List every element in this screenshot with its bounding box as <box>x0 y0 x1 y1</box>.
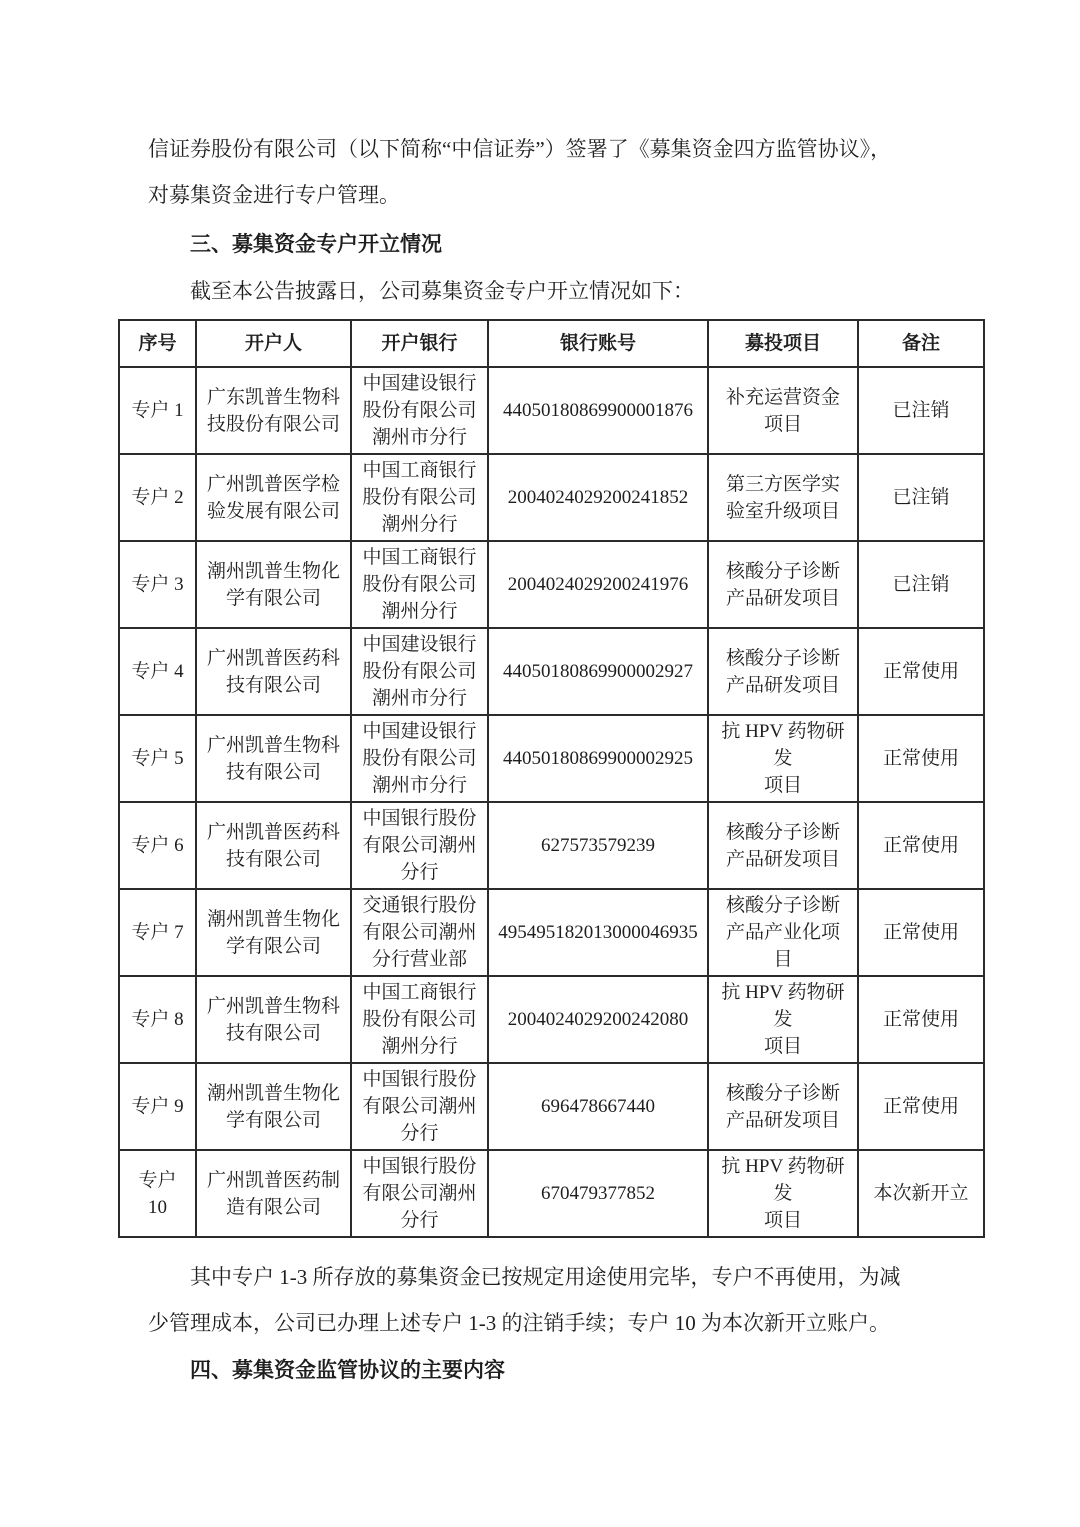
table-row: 专户 10广州凯普医药制 造有限公司中国银行股份 有限公司潮州 分行670479… <box>119 1150 984 1237</box>
table-row: 专户 7潮州凯普生物化 学有限公司交通银行股份 有限公司潮州 分行营业部4954… <box>119 889 984 976</box>
cell-account: 44050180869900002927 <box>488 628 708 715</box>
section3-heading: 三、募集资金专户开立情况 <box>148 222 932 268</box>
cell-serial: 专户 6 <box>119 802 196 889</box>
cell-holder: 潮州凯普生物化 学有限公司 <box>196 1063 351 1150</box>
cell-serial: 专户 1 <box>119 367 196 454</box>
cell-bank: 中国工商银行 股份有限公司 潮州分行 <box>351 454 488 541</box>
cell-serial: 专户 2 <box>119 454 196 541</box>
cell-account: 44050180869900001876 <box>488 367 708 454</box>
cell-project: 核酸分子诊断 产品研发项目 <box>708 802 858 889</box>
table-caption: 截至本公告披露日，公司募集资金专户开立情况如下： <box>148 268 932 314</box>
cell-project: 核酸分子诊断 产品产业化项 目 <box>708 889 858 976</box>
header-account: 银行账号 <box>488 320 708 367</box>
cell-serial: 专户 4 <box>119 628 196 715</box>
cell-holder: 广州凯普生物科 技有限公司 <box>196 715 351 802</box>
cell-remark: 已注销 <box>858 367 984 454</box>
cell-holder: 广州凯普医学检 验发展有限公司 <box>196 454 351 541</box>
cell-bank: 中国建设银行 股份有限公司 潮州市分行 <box>351 715 488 802</box>
header-serial: 序号 <box>119 320 196 367</box>
cell-holder: 广州凯普医药制 造有限公司 <box>196 1150 351 1237</box>
accounts-table: 序号 开户人 开户银行 银行账号 募投项目 备注 专户 1广东凯普生物科 技股份… <box>118 319 985 1238</box>
cell-remark: 已注销 <box>858 541 984 628</box>
cell-project: 补充运营资金 项目 <box>708 367 858 454</box>
cell-holder: 广东凯普生物科 技股份有限公司 <box>196 367 351 454</box>
closing-paragraph: 其中专户 1-3 所存放的募集资金已按规定用途使用完毕，专户不再使用，为减 少管… <box>148 1254 932 1346</box>
table-row: 专户 3潮州凯普生物化 学有限公司中国工商银行 股份有限公司 潮州分行20040… <box>119 541 984 628</box>
cell-remark: 已注销 <box>858 454 984 541</box>
cell-remark: 正常使用 <box>858 802 984 889</box>
cell-holder: 广州凯普生物科 技有限公司 <box>196 976 351 1063</box>
header-remark: 备注 <box>858 320 984 367</box>
cell-project: 核酸分子诊断 产品研发项目 <box>708 628 858 715</box>
cell-account: 2004024029200242080 <box>488 976 708 1063</box>
table-row: 专户 2广州凯普医学检 验发展有限公司中国工商银行 股份有限公司 潮州分行200… <box>119 454 984 541</box>
cell-account: 2004024029200241852 <box>488 454 708 541</box>
cell-bank: 中国银行股份 有限公司潮州 分行 <box>351 1150 488 1237</box>
cell-bank: 中国银行股份 有限公司潮州 分行 <box>351 802 488 889</box>
cell-holder: 广州凯普医药科 技有限公司 <box>196 628 351 715</box>
cell-holder: 潮州凯普生物化 学有限公司 <box>196 541 351 628</box>
cell-holder: 潮州凯普生物化 学有限公司 <box>196 889 351 976</box>
cell-bank: 中国工商银行 股份有限公司 潮州分行 <box>351 976 488 1063</box>
cell-project: 抗 HPV 药物研发 项目 <box>708 976 858 1063</box>
table-row: 专户 1广东凯普生物科 技股份有限公司中国建设银行 股份有限公司 潮州市分行44… <box>119 367 984 454</box>
cell-holder: 广州凯普医药科 技有限公司 <box>196 802 351 889</box>
cell-remark: 正常使用 <box>858 1063 984 1150</box>
header-project: 募投项目 <box>708 320 858 367</box>
cell-account: 627573579239 <box>488 802 708 889</box>
cell-remark: 正常使用 <box>858 715 984 802</box>
intro-paragraph: 信证券股份有限公司（以下简称“中信证券”）签署了《募集资金四方监管协议》， 对募… <box>148 126 932 218</box>
table-row: 专户 9潮州凯普生物化 学有限公司中国银行股份 有限公司潮州 分行6964786… <box>119 1063 984 1150</box>
cell-account: 670479377852 <box>488 1150 708 1237</box>
cell-project: 抗 HPV 药物研发 项目 <box>708 715 858 802</box>
cell-account: 2004024029200241976 <box>488 541 708 628</box>
table-header-row: 序号 开户人 开户银行 银行账号 募投项目 备注 <box>119 320 984 367</box>
cell-bank: 中国建设银行 股份有限公司 潮州市分行 <box>351 628 488 715</box>
cell-project: 核酸分子诊断 产品研发项目 <box>708 541 858 628</box>
header-bank: 开户银行 <box>351 320 488 367</box>
cell-account: 696478667440 <box>488 1063 708 1150</box>
cell-bank: 中国银行股份 有限公司潮州 分行 <box>351 1063 488 1150</box>
cell-bank: 中国建设银行 股份有限公司 潮州市分行 <box>351 367 488 454</box>
cell-remark: 正常使用 <box>858 976 984 1063</box>
accounts-table-body: 专户 1广东凯普生物科 技股份有限公司中国建设银行 股份有限公司 潮州市分行44… <box>119 367 984 1237</box>
cell-account: 495495182013000046935 <box>488 889 708 976</box>
table-row: 专户 5广州凯普生物科 技有限公司中国建设银行 股份有限公司 潮州市分行4405… <box>119 715 984 802</box>
section4-heading: 四、募集资金监管协议的主要内容 <box>148 1348 932 1394</box>
cell-project: 抗 HPV 药物研发 项目 <box>708 1150 858 1237</box>
cell-bank: 交通银行股份 有限公司潮州 分行营业部 <box>351 889 488 976</box>
cell-remark: 正常使用 <box>858 889 984 976</box>
cell-project: 第三方医学实 验室升级项目 <box>708 454 858 541</box>
cell-project: 核酸分子诊断 产品研发项目 <box>708 1063 858 1150</box>
table-row: 专户 4广州凯普医药科 技有限公司中国建设银行 股份有限公司 潮州市分行4405… <box>119 628 984 715</box>
table-row: 专户 6广州凯普医药科 技有限公司中国银行股份 有限公司潮州 分行6275735… <box>119 802 984 889</box>
document-page: 信证券股份有限公司（以下简称“中信证券”）签署了《募集资金四方监管协议》， 对募… <box>0 0 1080 1527</box>
cell-account: 44050180869900002925 <box>488 715 708 802</box>
cell-remark: 本次新开立 <box>858 1150 984 1237</box>
cell-serial: 专户 3 <box>119 541 196 628</box>
cell-bank: 中国工商银行 股份有限公司 潮州分行 <box>351 541 488 628</box>
cell-serial: 专户 8 <box>119 976 196 1063</box>
cell-remark: 正常使用 <box>858 628 984 715</box>
cell-serial: 专户 7 <box>119 889 196 976</box>
cell-serial: 专户 9 <box>119 1063 196 1150</box>
table-row: 专户 8广州凯普生物科 技有限公司中国工商银行 股份有限公司 潮州分行20040… <box>119 976 984 1063</box>
cell-serial: 专户 5 <box>119 715 196 802</box>
header-holder: 开户人 <box>196 320 351 367</box>
cell-serial: 专户 10 <box>119 1150 196 1237</box>
